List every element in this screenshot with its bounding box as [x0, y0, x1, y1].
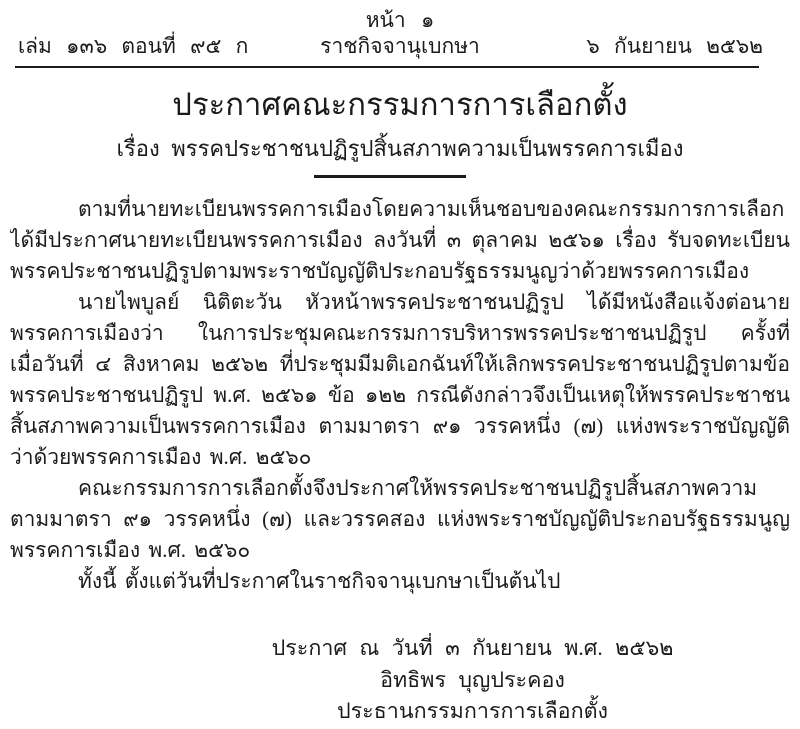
body-line: พรรคการเมืองว่า ในการประชุมคณะกรรมการบริ…: [10, 318, 790, 349]
body-line: พรรคการเมือง พ.ศ. ๒๕๖๐: [10, 535, 790, 566]
announcement-body: ตามที่นายทะเบียนพรรคการเมืองโดยความเห็นช…: [10, 194, 790, 597]
body-line: ได้มีประกาศนายทะเบียนพรรคการเมือง ลงวันท…: [10, 225, 790, 256]
body-line: พรรคประชาชนปฏิรูปตามพระราชบัญญัติประกอบร…: [10, 256, 790, 287]
body-line: ทั้งนี้ ตั้งแต่วันที่ประกาศในราชกิจจานุเ…: [10, 566, 790, 597]
body-line: ตามมาตรา ๙๑ วรรคหนึ่ง (๗) และวรรคสอง แห่…: [10, 504, 790, 535]
gazette-header: เล่ม ๑๓๖ ตอนที่ ๙๕ ก ราชกิจจานุเบกษา ๖ ก…: [0, 30, 800, 58]
announcement-subject: เรื่อง พรรคประชาชนปฏิรูปสิ้นสภาพความเป็น…: [0, 133, 800, 165]
signatory-position: ประธานกรรมการการเลือกตั้ง: [150, 696, 795, 728]
body-line: สิ้นสภาพความเป็นพรรคการเมือง ตามมาตรา ๙๑…: [10, 411, 790, 442]
body-line: พรรคประชาชนปฏิรูป พ.ศ. ๒๕๖๑ ข้อ ๑๒๒ กรณี…: [10, 380, 790, 411]
body-line: ว่าด้วยพรรคการเมือง พ.ศ. ๒๕๖๐: [10, 442, 790, 473]
section-divider: [314, 175, 466, 178]
body-line: นายไพบูลย์ นิติตะวัน หัวหน้าพรรคประชาชนป…: [10, 287, 790, 318]
header-rule: [15, 66, 759, 68]
announcement-title: ประกาศคณะกรรมการการเลือกตั้ง: [0, 84, 800, 126]
publication-date: ๖ กันยายน ๒๕๖๒: [586, 30, 763, 63]
body-line: เมื่อวันที่ ๔ สิงหาคม ๒๕๖๒ ที่ประชุมมีมต…: [10, 349, 790, 380]
signature-block: ประกาศ ณ วันที่ ๓ กันยายน พ.ศ. ๒๕๖๒ อิทธ…: [150, 633, 795, 728]
signature-announced-date: ประกาศ ณ วันที่ ๓ กันยายน พ.ศ. ๒๕๖๒: [150, 633, 795, 665]
signatory-name: อิทธิพร บุญประคอง: [150, 665, 795, 697]
body-line: คณะกรรมการการเลือกตั้งจึงประกาศให้พรรคปร…: [10, 473, 790, 504]
body-line: ตามที่นายทะเบียนพรรคการเมืองโดยความเห็นช…: [10, 194, 790, 225]
gazette-document-page: หน้า ๑ เล่ม ๑๓๖ ตอนที่ ๙๕ ก ราชกิจจานุเบ…: [0, 0, 800, 729]
